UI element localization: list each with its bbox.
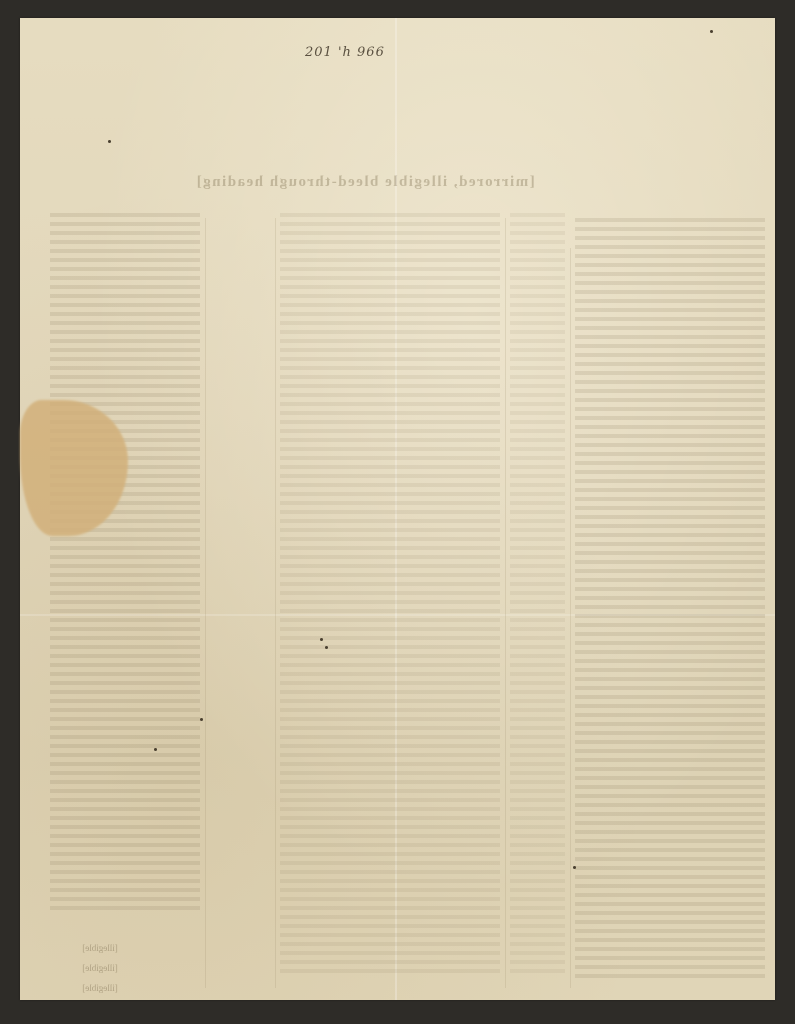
ink-speck [320,638,323,641]
footer-line: [illegible] [60,978,140,998]
bleed-through-text-column [50,213,200,913]
column-rule [205,218,206,988]
footer-bleed-block: [illegible] [illegible] [illegible] [60,938,140,998]
bleed-through-text-column [575,218,765,978]
bleed-through-text-column [510,213,565,973]
column-rule [505,218,506,988]
ink-speck [710,30,713,33]
document-sheet: 201 'h 966 [mirrored, illegible bleed-th… [20,18,775,1000]
mirrored-heading: [mirrored, illegible bleed-through headi… [195,174,535,191]
ink-speck [108,140,111,143]
footer-line: [illegible] [60,958,140,978]
column-rule [275,218,276,988]
ink-speck [200,718,203,721]
ink-speck [325,646,328,649]
handwritten-annotation: 201 'h 966 [305,45,385,60]
bleed-through-text-column [280,213,500,973]
footer-line: [illegible] [60,938,140,958]
column-rule [570,248,571,988]
ink-speck [154,748,157,751]
ink-speck [573,866,576,869]
